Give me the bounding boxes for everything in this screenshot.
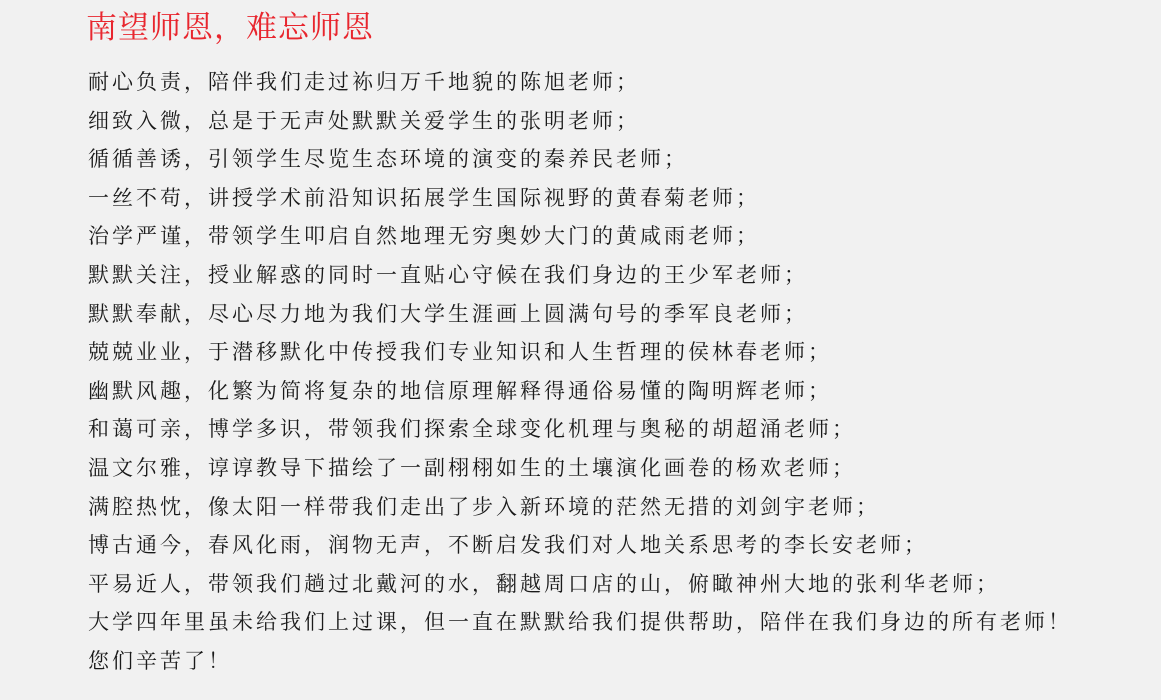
tribute-line: 耐心负责，陪伴我们走过袮归万千地貌的陈旭老师；: [88, 63, 1072, 102]
tribute-line: 默默奉献，尽心尽力地为我们大学生涯画上圆满句号的季军良老师；: [88, 295, 1072, 334]
tribute-line: 治学严谨，带领学生叩启自然地理无穷奥妙大门的黄咸雨老师；: [88, 217, 1072, 256]
tribute-line: 默默关注，授业解惑的同时一直贴心守候在我们身边的王少军老师；: [88, 256, 1072, 295]
tribute-text-block: 耐心负责，陪伴我们走过袮归万千地貌的陈旭老师； 细致入微，总是于无声处默默关爱学…: [88, 63, 1072, 681]
tribute-line: 循循善诱，引领学生尽览生态环境的演变的秦养民老师；: [88, 140, 1072, 179]
tribute-line: 博古通今，春风化雨，润物无声，不断启发我们对人地关系思考的李长安老师；: [88, 526, 1072, 565]
tribute-line: 温文尔雅，谆谆教导下描绘了一副栩栩如生的土壤演化画卷的杨欢老师；: [88, 449, 1072, 488]
tribute-line: 和蔼可亲，博学多识，带领我们探索全球变化机理与奥秘的胡超涌老师；: [88, 410, 1072, 449]
tribute-line: 幽默风趣，化繁为简将复杂的地信原理解释得通俗易懂的陶明辉老师；: [88, 372, 1072, 411]
tribute-line: 细致入微，总是于无声处默默关爱学生的张明老师；: [88, 102, 1072, 141]
closing-line: 大学四年里虽未给我们上过课，但一直在默默给我们提供帮助，陪伴在我们身边的所有老师…: [88, 603, 1072, 642]
tribute-line: 平易近人，带领我们趟过北戴河的水，翻越周口店的山，俯瞰神州大地的张利华老师；: [88, 565, 1072, 604]
page-title: 南望师恩，难忘师恩: [86, 8, 374, 48]
tribute-line: 兢兢业业，于潜移默化中传授我们专业知识和人生哲理的侯林春老师；: [88, 333, 1072, 372]
tribute-line: 一丝不苟，讲授学术前沿知识拓展学生国际视野的黄春菊老师；: [88, 179, 1072, 218]
closing-thanks: 您们辛苦了！: [88, 642, 1072, 681]
tribute-line: 满腔热忱，像太阳一样带我们走出了步入新环境的茫然无措的刘剑宇老师；: [88, 488, 1072, 527]
